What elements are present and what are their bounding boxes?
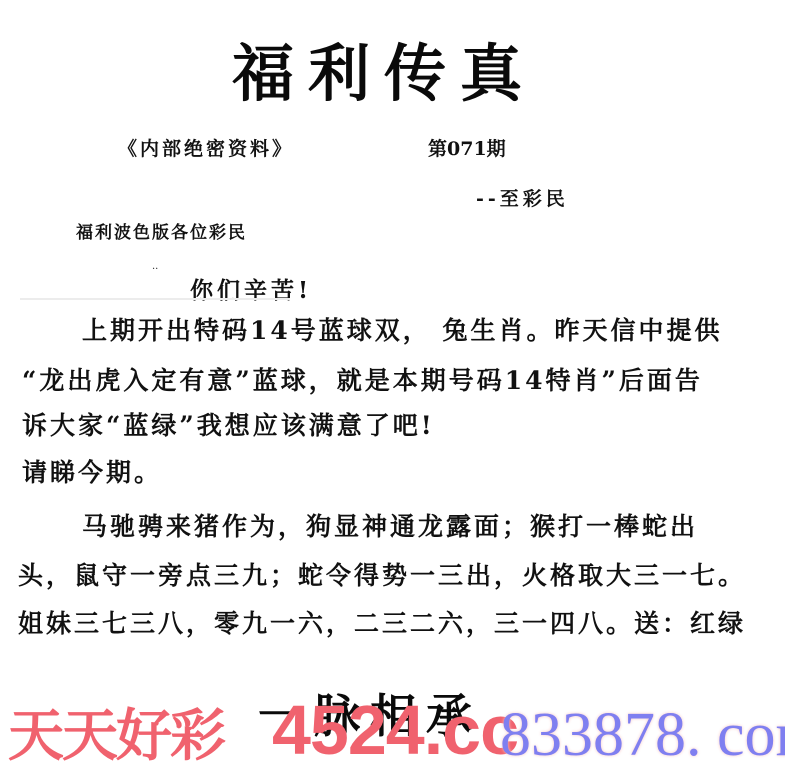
body-line-4: 请睇今期。 [22,458,162,488]
body-line-2: “龙出虎入定有意”蓝球，就是本期号码14特肖”后面告 [22,366,703,396]
body-line-7: 姐妹三七三八，零九一六，二三二六，三一四八。送：红绿 [18,609,746,639]
issue-number: 第071期 [428,134,506,161]
body-line-5: 马驰骋来猪作为，狗显神通龙露面；猴打一棒蛇出 [82,512,698,542]
greeting-thanks: 你们辛苦! [190,272,312,305]
document-title: 福利传真 [232,34,536,114]
watermark-red-text: 天天好彩 [8,692,224,772]
watermark-red-url: 4524.cc [272,690,518,770]
stray-dots: ·· [152,264,158,275]
watermark-blue-url: 833878. com [500,700,785,770]
body-line-6: 头，鼠守一旁点三九；蛇令得势一三出，火格取大三一七。 [18,561,746,591]
document-subtitle: 《内部绝密资料》 [118,134,294,161]
faint-divider [20,298,290,300]
signature: --至彩民 [476,184,569,211]
greeting-recipient: 福利波色版各位彩民 [76,218,247,243]
body-line-3: 诉大家“蓝绿”我想应该满意了吧! [22,411,435,441]
body-line-1: 上期开出特码14号蓝球双， 兔生肖。昨天信中提供 [82,316,723,346]
